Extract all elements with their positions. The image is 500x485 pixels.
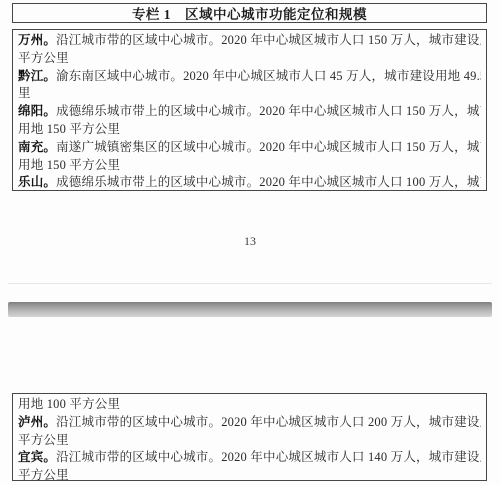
text-line: 用地 150 平方公里 (18, 157, 481, 175)
text-line: 南充。南遂广城镇密集区的区域中心城市。2020 年中心城区城市人口 150 万人… (18, 139, 481, 157)
text-line: 平方公里 (18, 432, 481, 450)
line-text: 成德绵乐城市带上的区域中心城市。2020 年中心城区城市人口 150 万人，城市… (56, 104, 481, 118)
text-line: 用地 100 平方公里 (18, 396, 481, 414)
callout-body-page2: 用地 100 平方公里 泸州。沿江城市带的区域中心城市。2020 年中心城区城市… (12, 393, 487, 481)
city-name: 黔江。 (18, 69, 56, 83)
text-line: 黔江。渝东南区域中心城市。2020 年中心城区城市人口 45 万人，城市建设用地… (18, 68, 481, 86)
line-text: 沿江城市带的区域中心城市。2020 年中心城区城市人口 150 万人，城市建设用… (56, 33, 481, 47)
line-text: 渝东南区域中心城市。2020 年中心城区城市人口 45 万人，城市建设用地 49… (56, 69, 481, 83)
callout-body-page1: 万州。沿江城市带的区域中心城市。2020 年中心城区城市人口 150 万人，城市… (12, 29, 487, 191)
text-line: 里 (18, 85, 481, 103)
line-text: 平方公里 (18, 51, 69, 65)
line-text: 用地 150 平方公里 (18, 158, 120, 172)
line-text: 用地 100 平方公里 (18, 397, 120, 411)
city-name: 宜宾。 (18, 450, 56, 464)
text-line: 用地 150 平方公里 (18, 121, 481, 139)
text-line: 平方公里 (18, 467, 481, 485)
city-name: 南充。 (18, 140, 56, 154)
city-name: 万州。 (18, 33, 56, 47)
line-text: 沿江城市带的区域中心城市。2020 年中心城区城市人口 200 万人，城市建设用… (56, 415, 481, 429)
callout-title: 专栏 1 区域中心城市功能定位和规模 (132, 3, 367, 23)
text-line: 万州。沿江城市带的区域中心城市。2020 年中心城区城市人口 150 万人，城市… (18, 32, 481, 50)
line-text: 成德绵乐城市带上的区域中心城市。2020 年中心城区城市人口 100 万人，城市… (56, 175, 481, 189)
line-text: 沿江城市带的区域中心城市。2020 年中心城区城市人口 140 万人，城市建设用… (56, 450, 481, 464)
city-name: 乐山。 (18, 175, 56, 189)
text-line: 乐山。成德绵乐城市带上的区域中心城市。2020 年中心城区城市人口 100 万人… (18, 174, 481, 192)
text-line: 泸州。沿江城市带的区域中心城市。2020 年中心城区城市人口 200 万人，城市… (18, 414, 481, 432)
line-text: 用地 150 平方公里 (18, 122, 120, 136)
line-text: 南遂广城镇密集区的区域中心城市。2020 年中心城区城市人口 150 万人，城市… (56, 140, 481, 154)
text-line: 宜宾。沿江城市带的区域中心城市。2020 年中心城区城市人口 140 万人，城市… (18, 449, 481, 467)
line-text: 平方公里 (18, 433, 69, 447)
page-edge-shadow (8, 283, 492, 284)
city-name: 泸州。 (18, 415, 56, 429)
callout-title-box: 专栏 1 区域中心城市功能定位和规模 (12, 3, 487, 23)
text-line: 平方公里 (18, 50, 481, 68)
document-page-view: 专栏 1 区域中心城市功能定位和规模 万州。沿江城市带的区域中心城市。2020 … (0, 0, 500, 485)
page-break-separator (8, 302, 492, 317)
text-line: 绵阳。成德绵乐城市带上的区域中心城市。2020 年中心城区城市人口 150 万人… (18, 103, 481, 121)
page-number: 13 (0, 234, 500, 249)
line-text: 平方公里 (18, 468, 69, 482)
city-name: 绵阳。 (18, 104, 56, 118)
line-text: 里 (18, 86, 31, 100)
